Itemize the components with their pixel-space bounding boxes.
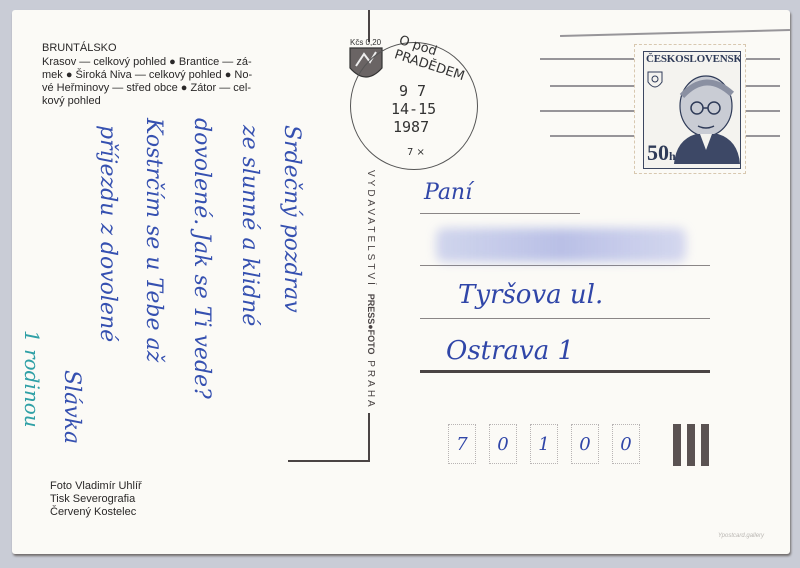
- portrait-icon: [666, 68, 740, 164]
- message-line: dovolené. Jak se Ti vede?: [189, 118, 214, 399]
- divider-corner: [288, 460, 370, 462]
- message-teal-note: 1 rodinou: [20, 330, 44, 428]
- caption-line: vé Heřminovy — střed obce ● Zátor — cel-: [42, 82, 251, 94]
- postmark-date: 9 7: [399, 83, 426, 99]
- message-signature: Slávka: [59, 370, 84, 444]
- postmark-bottom: 7 ×: [407, 147, 425, 158]
- address-city: Ostrava 1: [446, 336, 574, 366]
- caption-line: kový pohled: [42, 95, 101, 107]
- publisher-line: VYDAVATELSTVÍ PRESS●FOTO PRAHA: [365, 170, 376, 410]
- message-line: ze slunné a klidné: [237, 125, 262, 326]
- print-credit: Tisk Severografia: [50, 493, 142, 506]
- postmark-hours: 14-15: [391, 101, 436, 117]
- publisher-brand: PRESS●FOTO: [366, 294, 376, 355]
- caption-line: Krasov — celkový pohled ● Brantice — zá-: [42, 56, 252, 68]
- postal-code-digit: 0: [612, 424, 640, 464]
- address-line-3: [420, 318, 710, 319]
- postmark: O pod PRADĚDEM 9 7 14-15 1987 7 ×: [350, 42, 478, 170]
- publisher-text: VYDAVATELSTVÍ: [365, 170, 376, 288]
- zip-bar: [687, 424, 695, 466]
- photo-credit: Foto Vladimír Uhlíř: [50, 480, 142, 493]
- credits: Foto Vladimír Uhlíř Tisk Severografia Če…: [50, 480, 142, 519]
- zip-bar: [673, 424, 681, 466]
- address-line-2: [420, 265, 710, 266]
- address-line-4: [420, 370, 710, 373]
- address-salutation: Paní: [424, 180, 472, 205]
- address-line-1: [420, 213, 580, 214]
- stamp-value-unit: h: [669, 149, 676, 163]
- postal-code-digit: 7: [448, 424, 476, 464]
- caption-title: BRUNTÁLSKO: [42, 42, 292, 55]
- zip-bar: [701, 424, 709, 466]
- message-line: Srdečný pozdrav: [279, 125, 304, 313]
- postal-code-digit: 0: [571, 424, 599, 464]
- watermark: Ypostcard.gallery: [718, 533, 764, 539]
- postal-code-digit: 1: [530, 424, 558, 464]
- postal-code-digit: 0: [489, 424, 517, 464]
- print-place: Červený Kostelec: [50, 506, 142, 519]
- stamp-value-number: 50: [647, 140, 669, 165]
- message-line: Kostrčím se u Tebe až: [141, 118, 166, 362]
- divider-bottom: [368, 413, 370, 461]
- message-line: příjezdu z dovolené: [95, 125, 120, 342]
- caption: BRUNTÁLSKO Krasov — celkový pohled ● Bra…: [42, 42, 292, 108]
- stamp-value: 50h: [647, 140, 676, 166]
- postage-stamp: ČESKOSLOVENSKO 50h: [634, 44, 746, 174]
- recipient-name-redacted: [436, 228, 686, 262]
- caption-line: mek ● Široká Niva — celkový pohled ● No-: [42, 69, 252, 81]
- coat-of-arms-icon: [646, 70, 664, 92]
- stamp-country: ČESKOSLOVENSKO: [646, 53, 741, 65]
- address-street: Tyršova ul.: [458, 280, 603, 310]
- publisher-city: PRAHA: [365, 360, 376, 409]
- postmark-year: 1987: [393, 119, 429, 135]
